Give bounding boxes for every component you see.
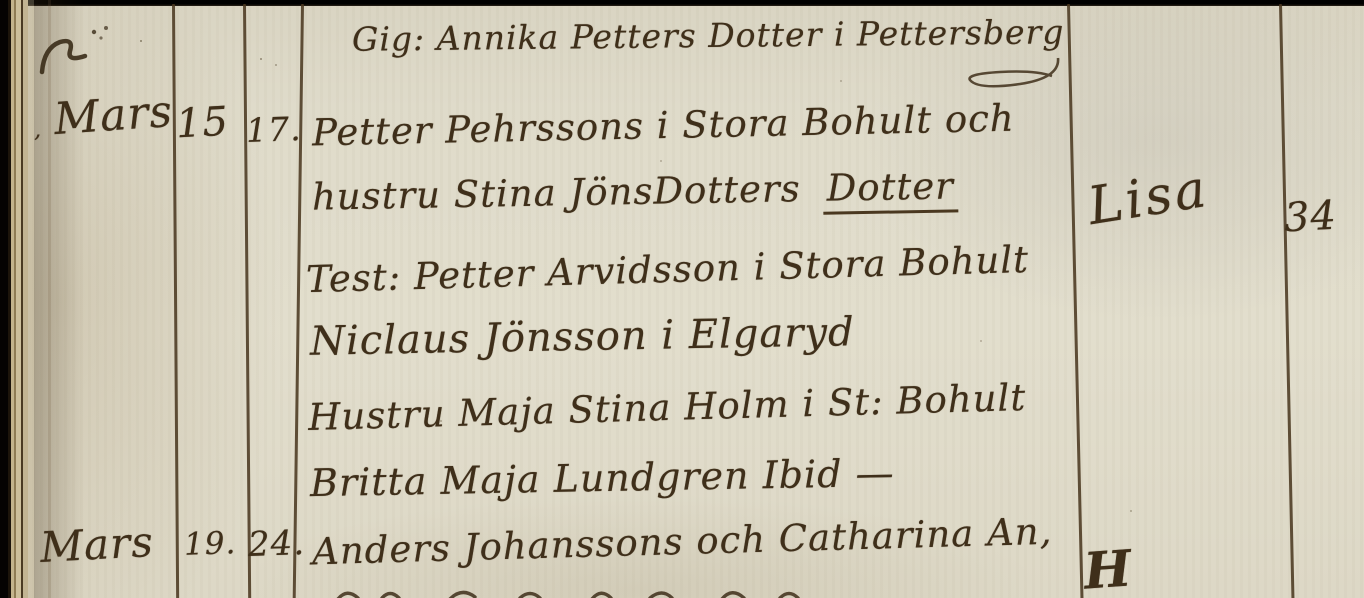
record1-margin-number: 34 bbox=[1283, 193, 1338, 242]
column-rule-1 bbox=[172, 4, 179, 598]
column-rule-3 bbox=[293, 4, 304, 598]
margin-scribble bbox=[30, 10, 120, 90]
record1-month: Mars bbox=[52, 86, 174, 145]
record1-entry-line5: Hustru Maja Stina Holm i St: Bohult bbox=[308, 376, 1027, 439]
header-flourish bbox=[940, 52, 1070, 92]
record1-date-born: 15 bbox=[175, 99, 230, 148]
record1-entry-line1: Petter Pehrssons i Stora Bohult och bbox=[312, 97, 1015, 155]
column-rule-5 bbox=[1279, 4, 1294, 598]
record2-entry-line1: Anders Johanssons och Catharina An, bbox=[312, 510, 1053, 574]
record2-date-baptized: 24. bbox=[247, 523, 305, 565]
record1-entry-line2-underlined: Dotter bbox=[822, 164, 958, 214]
record2-month: Mars bbox=[39, 517, 155, 572]
ditto-mark: ‚ bbox=[34, 118, 42, 143]
record1-entry-line2-prefix: hustru Stina JönsDotters bbox=[312, 167, 801, 219]
record2-child-name-partial: H bbox=[1082, 538, 1134, 598]
cropped-next-line-fragments bbox=[330, 586, 830, 598]
record2-date-born: 19. bbox=[183, 525, 237, 563]
paper-specks bbox=[140, 40, 142, 42]
record1-entry-line6: Britta Maja Lundgren Ibid — bbox=[310, 451, 895, 505]
record1-entry-line4: Niclaus Jönsson i Elgaryd bbox=[310, 309, 855, 364]
column-rule-4 bbox=[1067, 4, 1083, 598]
column-rule-2 bbox=[243, 4, 251, 598]
record1-entry-line3: Test: Petter Arvidsson i Stora Bohult bbox=[306, 238, 1030, 301]
record1-entry-line2: hustru Stina JönsDottersDotter bbox=[312, 164, 959, 223]
record1-date-baptized: 17. bbox=[245, 109, 302, 150]
record1-child-name: Lisa bbox=[1084, 159, 1213, 237]
book-binding-edge bbox=[0, 0, 34, 598]
scan-top-edge bbox=[0, 0, 1364, 6]
register-page: Gig: Annika Petters Dotter i Pettersberg… bbox=[0, 0, 1364, 598]
